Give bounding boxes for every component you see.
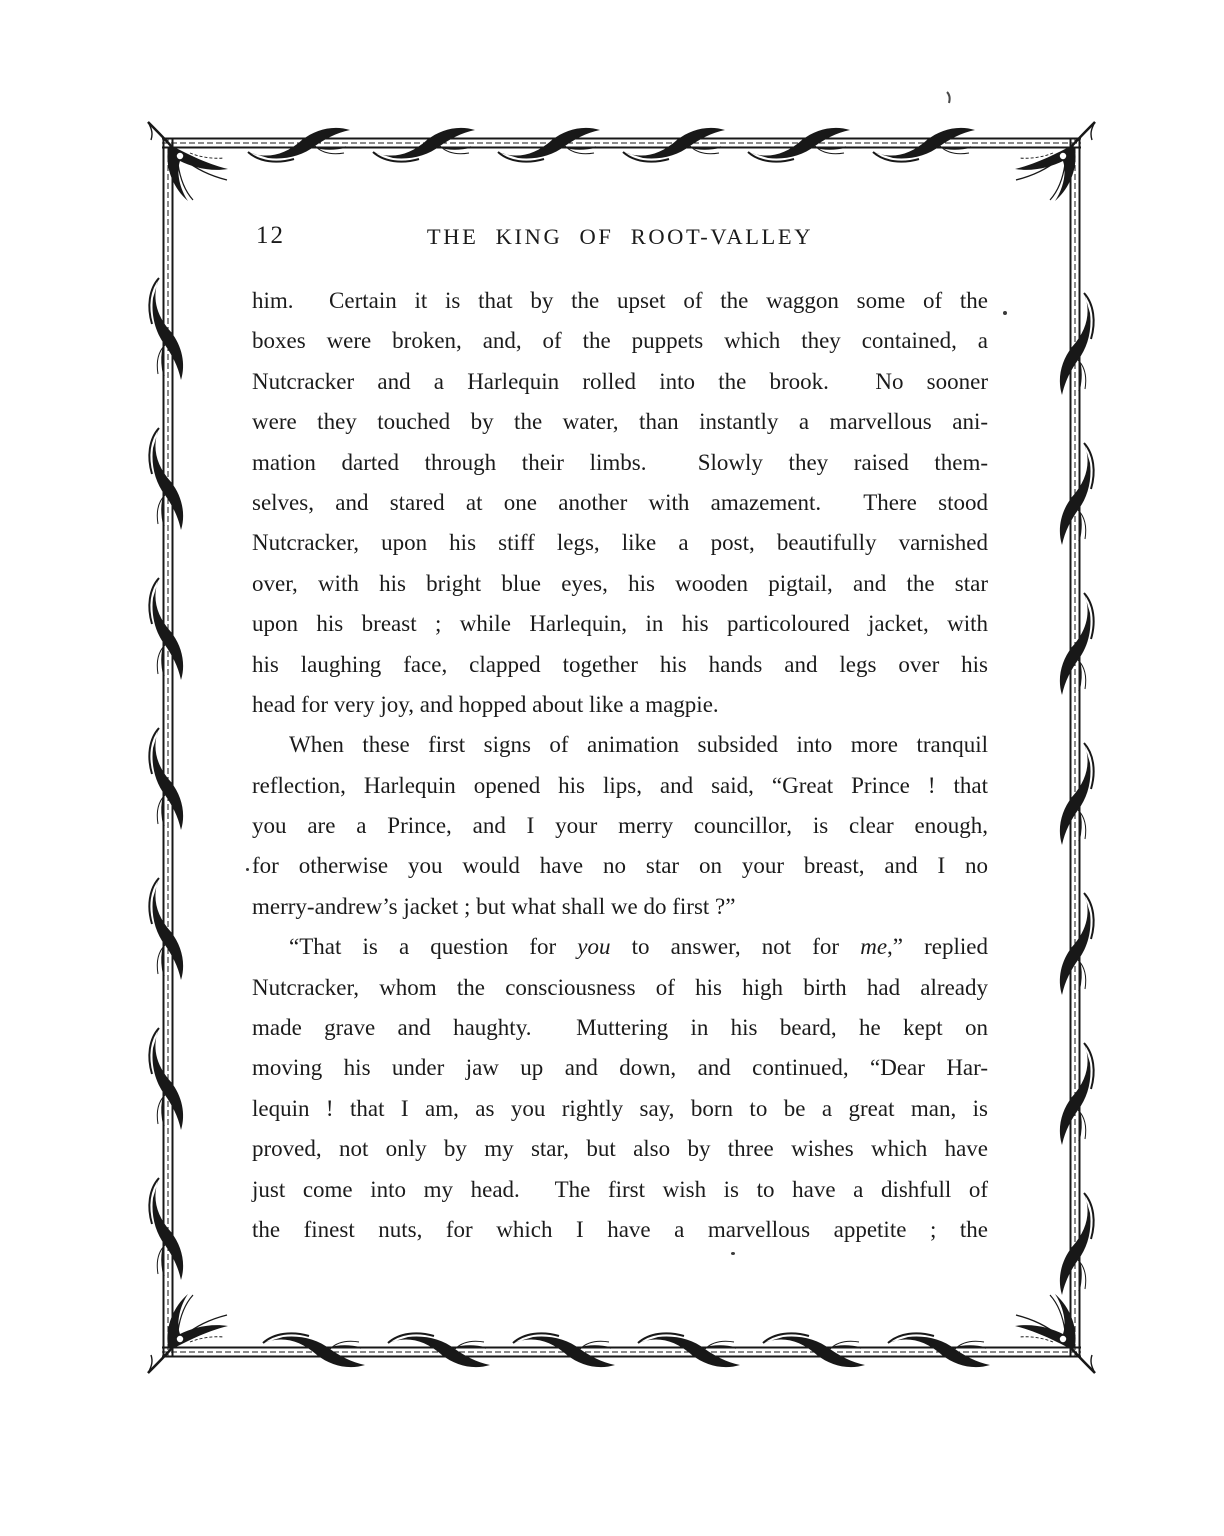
text-line: for otherwise you would have no star on … — [252, 846, 988, 886]
text-line: just come into my head. The first wish i… — [252, 1170, 988, 1210]
text-line: head for very joy, and hopped about like… — [252, 685, 988, 725]
scan-artifact — [246, 868, 249, 871]
book-page-scan: { "page": { "number": "12", "running_tit… — [0, 0, 1224, 1536]
text-line: mation darted through their limbs. Slowl… — [252, 443, 988, 483]
text-line: moving his under jaw up and down, and co… — [252, 1048, 988, 1088]
text-line: boxes were broken, and, of the puppets w… — [252, 321, 988, 361]
body-text: him. Certain it is that by the upset of … — [252, 281, 988, 1250]
text-line: reflection, Harlequin opened his lips, a… — [252, 766, 988, 806]
text-line: his laughing face, clapped together his … — [252, 645, 988, 685]
text-line: upon his breast ; while Harlequin, in hi… — [252, 604, 988, 644]
text-line: lequin ! that I am, as you rightly say, … — [252, 1089, 988, 1129]
text-line: you are a Prince, and I your merry counc… — [252, 806, 988, 846]
text-line: over, with his bright blue eyes, his woo… — [252, 564, 988, 604]
text-line: were they touched by the water, than ins… — [252, 402, 988, 442]
running-title: THE KING OF ROOT-VALLEY — [252, 224, 988, 250]
text-line: the finest nuts, for which I have a marv… — [252, 1210, 988, 1250]
text-line: Nutcracker and a Harlequin rolled into t… — [252, 362, 988, 402]
text-line: proved, not only by my star, but also by… — [252, 1129, 988, 1169]
text-line: him. Certain it is that by the upset of … — [252, 281, 988, 321]
text-line: When these first signs of animation subs… — [252, 725, 988, 765]
page-header: 12 THE KING OF ROOT-VALLEY — [252, 222, 988, 256]
text-line: selves, and stared at one another with a… — [252, 483, 988, 523]
text-line: merry-andrew’s jacket ; but what shall w… — [252, 887, 988, 927]
scan-artifact — [731, 1252, 735, 1255]
scan-artifact — [1003, 311, 1007, 315]
text-line: Nutcracker, whom the consciousness of hi… — [252, 968, 988, 1008]
text-line: Nutcracker, upon his stiff legs, like a … — [252, 523, 988, 563]
text-line: made grave and haughty. Muttering in his… — [252, 1008, 988, 1048]
text-line: “That is a question for you to answer, n… — [252, 927, 988, 967]
